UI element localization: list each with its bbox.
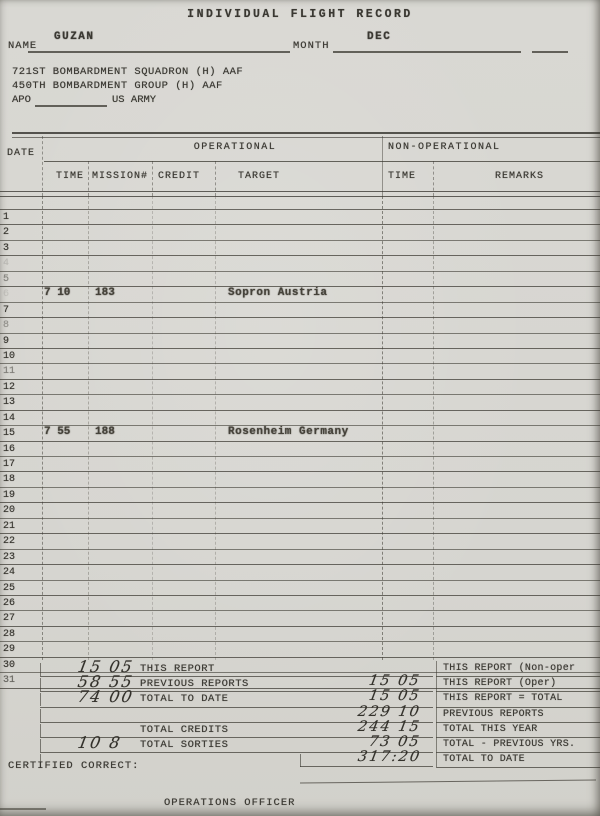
totals-right-cell: THIS REPORT = TOTAL <box>436 691 600 707</box>
table-row: 28 <box>0 627 600 642</box>
cell-time: 7 55 <box>44 426 70 438</box>
form-title: INDIVIDUAL FLIGHT RECORD <box>0 8 600 21</box>
table-row: 11 <box>0 364 600 379</box>
scanned-flight-record-form: INDIVIDUAL FLIGHT RECORD NAME GUZAN MONT… <box>0 0 600 816</box>
day-number: 13 <box>3 397 15 408</box>
signature-line <box>300 779 596 783</box>
month-label: MONTH <box>293 40 330 52</box>
column-header-credit: CREDIT <box>158 171 200 182</box>
day-number: 23 <box>3 552 15 563</box>
totals-section: 15 05 THIS REPORT THIS REPORT (Non-oper … <box>0 661 600 767</box>
day-number: 28 <box>3 629 15 640</box>
day-number: 29 <box>3 644 15 655</box>
cell-mission: 188 <box>95 426 115 438</box>
totals-right-cell: TOTAL - PREVIOUS YRS. <box>436 737 600 753</box>
day-number: 9 <box>3 336 9 347</box>
table-row: 14 <box>0 411 600 426</box>
partial-underline <box>300 766 433 767</box>
totals-row: 74 00 TOTAL TO DATE 15 05 THIS REPORT = … <box>0 691 600 706</box>
totals-left-label: PREVIOUS REPORTS <box>140 678 249 690</box>
day-number: 22 <box>3 536 15 547</box>
scan-edge-artifact <box>0 808 46 810</box>
table-row: 18 <box>0 472 600 487</box>
day-number: 11 <box>3 366 15 377</box>
day-number: 8 <box>3 320 9 331</box>
operations-officer-label: OPERATIONS OFFICER <box>164 797 295 809</box>
day-number: 17 <box>3 459 15 470</box>
totals-right-label: TOTAL TO DATE <box>443 754 525 765</box>
cell-mission: 183 <box>95 287 115 299</box>
table-row: 8 <box>0 318 600 333</box>
apo-label: APO <box>12 94 31 106</box>
group-header-underline <box>44 161 600 162</box>
totals-left-label: TOTAL SORTIES <box>140 739 228 751</box>
table-row: 6 7 10 183 Sopron Austria <box>0 287 600 302</box>
day-number: 6 <box>3 289 9 300</box>
column-header-remarks: REMARKS <box>495 171 544 182</box>
day-number: 12 <box>3 382 15 393</box>
table-row: 25 <box>0 581 600 596</box>
totals-right-label: TOTAL THIS YEAR <box>443 724 538 735</box>
day-number: 4 <box>3 258 9 269</box>
handwritten-mid-value: 15 05 <box>368 673 422 689</box>
day-number: 7 <box>3 305 9 316</box>
totals-right-label: THIS REPORT = TOTAL <box>443 693 563 704</box>
month-value: DEC <box>367 31 391 43</box>
day-number: 14 <box>3 413 15 424</box>
day-number: 24 <box>3 567 15 578</box>
army-label: US ARMY <box>112 94 156 106</box>
table-row: 20 <box>0 503 600 518</box>
day-number: 10 <box>3 351 15 362</box>
totals-right-label: THIS REPORT (Oper) <box>443 678 556 689</box>
table-row: 21 <box>0 519 600 534</box>
table-row: 4 <box>0 256 600 271</box>
table-row: 26 <box>0 596 600 611</box>
table-row: 7 <box>0 303 600 318</box>
table-row: 23 <box>0 550 600 565</box>
day-number: 18 <box>3 474 15 485</box>
column-header-nonop-time: TIME <box>388 171 416 182</box>
divider-operational-nonoperational <box>382 136 383 196</box>
day-number: 15 <box>3 428 15 439</box>
day-number: 19 <box>3 490 15 501</box>
divider-date <box>42 136 43 196</box>
month-underline-short <box>532 51 568 53</box>
totals-right-cell: THIS REPORT (Non-oper <box>436 661 600 677</box>
totals-right-label: TOTAL - PREVIOUS YRS. <box>443 739 575 750</box>
apo-underline <box>35 105 107 107</box>
totals-right-label: PREVIOUS REPORTS <box>443 709 544 720</box>
month-underline <box>333 51 521 53</box>
divider-time <box>88 161 89 196</box>
table-row: 27 <box>0 611 600 626</box>
table-top-border <box>12 132 600 138</box>
divider-credit <box>215 161 216 196</box>
cell-target: Sopron Austria <box>228 287 327 299</box>
column-header-target: TARGET <box>238 171 280 182</box>
group-line: 450TH BOMBARDMENT GROUP (H) AAF <box>12 80 223 92</box>
day-number: 2 <box>3 227 9 238</box>
day-number: 20 <box>3 505 15 516</box>
totals-left-label: THIS REPORT <box>140 663 215 675</box>
table-row: 2 <box>0 225 600 240</box>
handwritten-mid-value: 244 15 <box>357 719 423 735</box>
table-row: 15 7 55 188 Rosenheim Germany <box>0 426 600 441</box>
table-row: 13 <box>0 395 600 410</box>
day-number: 21 <box>3 521 15 532</box>
group-header-operational: OPERATIONAL <box>88 142 382 153</box>
table-row: 10 <box>0 349 600 364</box>
name-value: GUZAN <box>54 31 95 43</box>
group-header-non-operational: NON-OPERATIONAL <box>388 142 501 153</box>
totals-left-label: TOTAL TO DATE <box>140 693 228 705</box>
totals-row: 229 10 PREVIOUS REPORTS <box>0 707 600 722</box>
handwritten-left-value: 74 00 <box>76 687 135 706</box>
day-number: 27 <box>3 613 15 624</box>
table-row: 22 <box>0 534 600 549</box>
table-row: 16 <box>0 442 600 457</box>
divider-mission <box>152 161 153 196</box>
day-number: 25 <box>3 583 15 594</box>
divider-nonop-time <box>433 161 434 196</box>
totals-right-cell: THIS REPORT (Oper) <box>436 676 600 692</box>
handwritten-mid-value: 317:20 <box>357 749 423 765</box>
cell-target: Rosenheim Germany <box>228 426 349 438</box>
certified-correct-label: CERTIFIED CORRECT: <box>8 760 139 772</box>
day-number: 5 <box>3 274 9 285</box>
day-number: 3 <box>3 243 9 254</box>
table-row: 12 <box>0 380 600 395</box>
table-row: 24 <box>0 565 600 580</box>
totals-right-cell: PREVIOUS REPORTS <box>436 707 600 723</box>
name-underline <box>28 51 290 53</box>
mid-bracket-mark <box>300 754 301 767</box>
cell-time: 7 10 <box>44 287 70 299</box>
totals-right-cell: TOTAL THIS YEAR <box>436 722 600 738</box>
totals-left-label: TOTAL CREDITS <box>140 724 228 736</box>
column-header-date: DATE <box>7 148 35 159</box>
table-row: 9 <box>0 334 600 349</box>
handwritten-mid-value: 15 05 <box>368 688 422 704</box>
table-row: 3 <box>0 241 600 256</box>
table-row: 29 <box>0 642 600 657</box>
totals-right-label: THIS REPORT (Non-oper <box>443 663 575 674</box>
blank-row <box>0 196 600 210</box>
flight-log-rows: 1 2 3 4 5 6 7 10 183 Sopron <box>0 196 600 689</box>
day-number: 1 <box>3 212 9 223</box>
table-row: 19 <box>0 488 600 503</box>
handwritten-mid-value: 73 05 <box>368 734 422 750</box>
table-row: 5 <box>0 272 600 287</box>
table-row: 1 <box>0 210 600 225</box>
handwritten-mid-value: 229 10 <box>357 704 423 720</box>
squadron-line: 721ST BOMBARDMENT SQUADRON (H) AAF <box>12 66 243 78</box>
handwritten-left-value: 10 8 <box>76 733 123 752</box>
totals-right-cell: TOTAL TO DATE <box>436 752 600 768</box>
column-header-time: TIME <box>56 171 84 182</box>
day-number: 16 <box>3 444 15 455</box>
column-header-mission: MISSION# <box>92 171 148 182</box>
day-number: 26 <box>3 598 15 609</box>
totals-row: 10 8 TOTAL SORTIES 73 05 TOTAL - PREVIOU… <box>0 737 600 752</box>
table-row: 17 <box>0 457 600 472</box>
